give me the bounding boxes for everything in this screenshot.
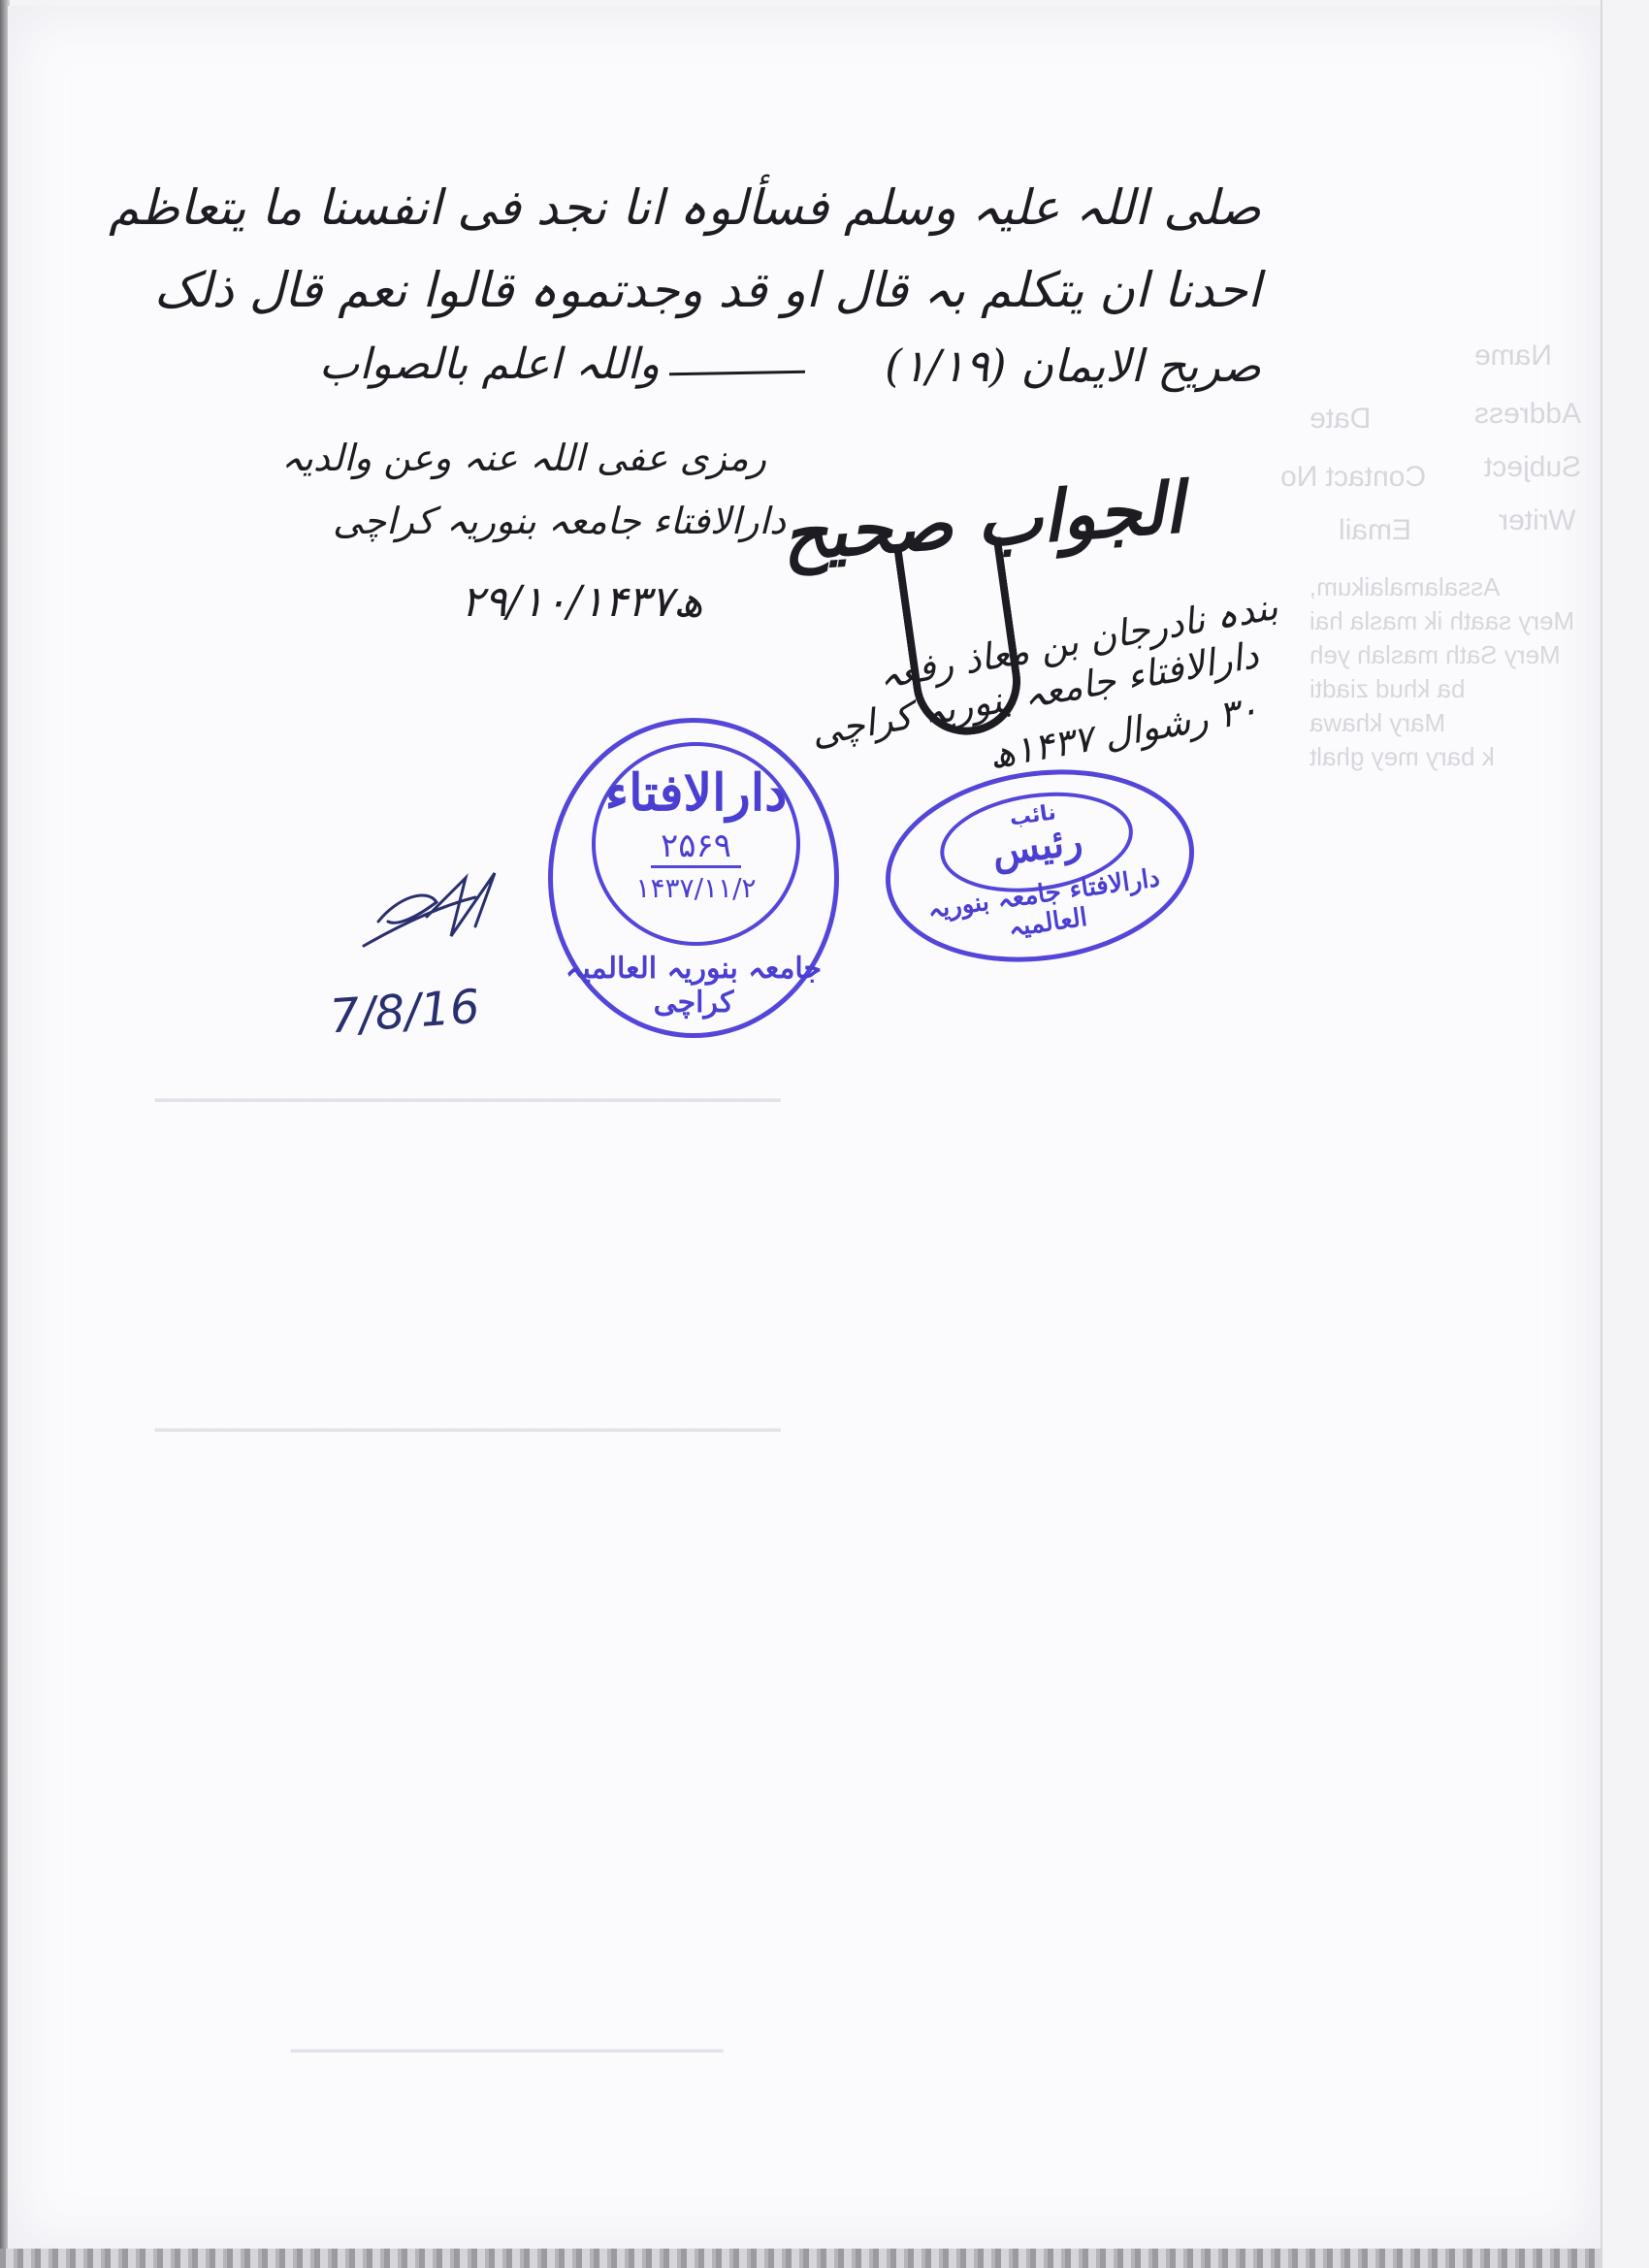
closing-formula: واللہ اعلم بالصواب: [310, 340, 660, 389]
ghost-body-line: Mary khawa: [1309, 708, 1445, 738]
ghost-handwriting-block: ــــــــــــــــــــــــــــــــــــــ: [291, 2018, 1261, 2062]
seal-ring-text: جامعہ بنوریہ العالمیہ کراچی: [553, 952, 834, 1020]
ghost-body-line: Assalamalaikum,: [1309, 572, 1501, 602]
ghost-handwriting-block: ــــــــــــــــــــــــــــــــــــــــ…: [155, 1067, 1494, 1112]
scan-bottom-edge: [0, 2249, 1600, 2268]
ghost-body-line: ba khud ziadti: [1309, 674, 1465, 704]
seal-number: ۲۵۶۹: [651, 826, 741, 868]
ghost-label-email: Email: [1339, 514, 1411, 547]
author-institution: دارالافتاء جامعہ بنوریہ کراچی: [281, 500, 786, 542]
ghost-label-contact: Contact No: [1280, 461, 1426, 494]
paper-sheet: [8, 6, 1600, 2252]
ghost-label-address: Address: [1474, 398, 1581, 431]
ghost-body-line: k bary mey ghalt: [1309, 742, 1495, 772]
english-signature-icon: [359, 868, 543, 956]
ghost-body-line: Mery saath ik masla hai: [1309, 606, 1574, 636]
ghost-label-subject: Subject: [1484, 451, 1581, 484]
seal-title: دارالافتاء: [596, 763, 796, 823]
dar-ul-ifta-round-seal: دارالافتاء ۲۵۶۹ ۱۴۳۷/۱۱/۲ جامعہ بنوریہ ا…: [548, 718, 839, 1038]
ghost-body-line: Mery Sath maslah yeh: [1309, 640, 1561, 670]
ghost-label-name: Name: [1474, 340, 1552, 373]
paper-right-edge: [1600, 0, 1602, 2268]
ghost-label-writer: Writer: [1499, 504, 1575, 537]
hadith-line-1: صلی اللہ علیہ وسلم فسألوہ انا نجد فی انف…: [291, 179, 1261, 236]
seal-date: ۱۴۳۷/۱۱/۲: [596, 872, 796, 904]
hadith-line-2: احدنا ان یتکلم بہ قال او قد وجدتموہ قالو…: [291, 262, 1261, 318]
english-signature-date: 7/8/16: [328, 980, 481, 1045]
author-hijri-date: ۲۹/۱۰/۱۴۳۷ھ: [407, 577, 757, 627]
seal-inner-circle: دارالافتاء ۲۵۶۹ ۱۴۳۷/۱۱/۲: [592, 742, 800, 946]
ghost-handwriting-block: ــــــــــــــــــــــــــــــــــــــــ…: [155, 1397, 1494, 1442]
citation: صریح الایمان (۱/۱۹): [834, 340, 1261, 392]
author-name: رمزی عفی اللہ عنہ وعن والدیہ: [281, 437, 766, 479]
ghost-label-date: Date: [1309, 403, 1371, 436]
